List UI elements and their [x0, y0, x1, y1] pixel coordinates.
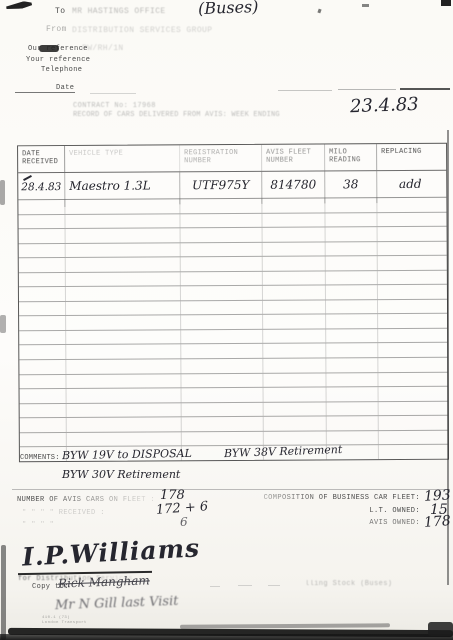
table-empty-cell: [377, 198, 443, 212]
table-empty-cell: [19, 273, 66, 287]
table-empty-cell: [20, 418, 67, 432]
table-empty-cell: [263, 286, 326, 300]
business-car-fleet-label: COMPOSITION OF BUSINESS CAR FLEET:: [220, 494, 420, 502]
table-empty-cell: [263, 373, 326, 387]
table-empty-cell: [264, 402, 327, 416]
to-typed-value: MR HASTINGS OFFICE: [72, 7, 166, 16]
table-empty-cell: [378, 358, 444, 372]
column-header: REGISTRATION NUMBER: [180, 145, 262, 172]
table-empty-cell: [65, 199, 180, 213]
table-empty-cell: [65, 214, 180, 228]
table-empty-cell: [263, 228, 326, 242]
copy-to-handwritten-crossed: Rick Mangham: [58, 573, 150, 590]
table-empty-cell: [378, 329, 444, 343]
table-empty-cell: [20, 389, 67, 403]
table-empty-cell: [181, 286, 263, 300]
to-handwritten-buses: (Buses): [198, 0, 259, 18]
table-empty-cell: [326, 329, 378, 343]
faint-dash: [268, 585, 280, 586]
table-empty-cell: [66, 359, 181, 373]
table-empty-cell: [66, 301, 181, 315]
table-empty-cell: [67, 418, 182, 432]
table-empty-cell: [19, 360, 66, 374]
table-empty-cell: [19, 244, 66, 258]
table-empty-cell: [378, 270, 444, 284]
table-empty-cell: [263, 257, 326, 271]
vehicle-record-table: DATE RECEIVEDVEHICLE TYPEREGISTRATION NU…: [17, 143, 449, 462]
form-small-print-2: London Transport: [42, 621, 87, 625]
table-empty-cell: [326, 271, 378, 285]
table-empty-cell: [377, 212, 443, 226]
table-empty-cell: [182, 432, 264, 446]
table-empty-cell: [19, 345, 66, 359]
scan-speck-1: [317, 9, 321, 14]
table-empty-cell: [182, 388, 264, 402]
table-empty-cell: [181, 242, 263, 256]
table-empty-cell: [263, 271, 326, 285]
column-header: DATE RECEIVED: [18, 146, 65, 172]
reference-ink-blob: [39, 45, 59, 52]
comment-entry-1: BYW 19V to DISPOSAL: [62, 447, 192, 462]
table-empty-cell: [67, 432, 182, 446]
avis-cars-total-label-1: NUMBER OF AVIS CARS ON FLEET :: [17, 496, 155, 504]
column-header: VEHICLE TYPE: [65, 145, 180, 172]
table-empty-cell: [326, 314, 378, 328]
record-of-cars-line: RECORD OF CARS DELIVERED FROM AVIS: WEEK…: [73, 111, 280, 119]
table-empty-cell: [263, 344, 326, 358]
avis-cars-total-value-3: 6: [180, 515, 188, 529]
column-header: AVIS FLEET NUMBER: [262, 144, 325, 170]
table-empty-cell: [378, 300, 444, 314]
rule-segment: [90, 93, 136, 94]
table-empty-cell: [378, 343, 444, 357]
table-empty-cell: [326, 300, 378, 314]
table-empty-cell: [180, 199, 262, 213]
avis-owned-label: AVIS OWNED:: [220, 519, 420, 527]
signature-handwritten: I.P.Williams: [21, 533, 200, 571]
comments-bottom-rule: [12, 489, 450, 490]
column-header: REPLACING: [377, 144, 443, 170]
table-empty-cell: [378, 227, 444, 241]
table-empty-cell: [326, 358, 378, 372]
avis-owned-value: 178: [423, 513, 451, 531]
table-empty-cell: [326, 227, 378, 241]
table-empty-cell: [66, 374, 181, 388]
telephone-label: Telephone: [41, 66, 82, 74]
table-empty-cell: [378, 372, 444, 386]
table-empty-cell: [264, 417, 327, 431]
table-empty-cell: [181, 330, 263, 344]
table-empty-cell: [66, 243, 181, 257]
avis-cars-total-label-3: " " " ": [22, 521, 54, 529]
scan-smudge-left-3: [1, 545, 6, 640]
table-row: 28.4.83Maestro 1.3LUTF975Y81478038add: [18, 171, 446, 201]
to-label: To: [55, 7, 65, 16]
table-empty-cell: [19, 316, 66, 330]
table-empty-cell: [66, 258, 181, 272]
rule-segment: [400, 88, 450, 90]
table-empty-cell: [327, 402, 379, 416]
table-empty-cell: [326, 242, 378, 256]
avis-cars-total-label-2: " " " " RECEIVED :: [22, 509, 105, 517]
table-empty-cell: [326, 344, 378, 358]
handwritten-note: Mr N Gill last Visit: [55, 594, 179, 613]
table-empty-cell: [181, 257, 263, 271]
table-empty-cell: [181, 315, 263, 329]
table-empty-cell: [378, 241, 444, 255]
table-empty-cell: [18, 200, 65, 214]
table-empty-cell: [182, 417, 264, 431]
scan-smudge-left-1: [0, 180, 5, 205]
table-empty-cell: [66, 330, 181, 344]
table-empty-cell: [20, 404, 67, 418]
table-empty-cell: [181, 228, 263, 242]
table-empty-cell: [18, 215, 65, 229]
table-empty-cell: [181, 272, 263, 286]
table-empty-cell: [181, 359, 263, 373]
table-empty-cell: [378, 285, 444, 299]
table-empty-cell: [182, 402, 264, 416]
faint-dash: [238, 585, 252, 586]
table-empty-cell: [180, 213, 262, 227]
form-small-print-1: 410-1 (73): [42, 616, 70, 620]
comment-entry-3: BYW 30V Retirement: [62, 468, 180, 481]
copy-to-typed-fragment: lling Stock (Buses): [305, 580, 392, 588]
table-header-row: DATE RECEIVEDVEHICLE TYPEREGISTRATION NU…: [18, 144, 446, 174]
table-empty-cell: [379, 416, 445, 430]
table-empty-cell: [379, 387, 445, 401]
table-empty-cell: [325, 213, 377, 227]
table-empty-cell: [19, 229, 66, 243]
comments-label: COMMENTS:: [20, 454, 60, 462]
table-empty-cell: [19, 375, 66, 389]
table-empty-cell: [263, 358, 326, 372]
our-reference-value: PW/RH/1N: [82, 44, 124, 53]
scan-smudge-top-left: [6, 0, 33, 11]
table-empty-cell: [379, 401, 445, 415]
table-empty-cell: [325, 198, 377, 212]
table-empty-cell: [264, 388, 327, 402]
table-empty-cell: [19, 331, 66, 345]
table-empty-cell: [378, 314, 444, 328]
table-empty-cell: [378, 256, 444, 270]
table-empty-cell: [181, 373, 263, 387]
table-empty-cell: [327, 387, 379, 401]
table-empty-cell: [20, 433, 67, 447]
week-ending-date-handwritten: 23.4.83: [350, 94, 419, 117]
table-body: 28.4.83Maestro 1.3LUTF975Y81478038add: [18, 171, 448, 461]
scan-blob-bottom-right: [428, 622, 453, 636]
table-empty-cell: [327, 416, 379, 430]
table-empty-cell: [66, 345, 181, 359]
rule-segment: [15, 92, 75, 93]
from-typed-value: DISTRIBUTION SERVICES GROUP: [72, 26, 212, 35]
table-empty-cell: [379, 445, 445, 459]
table-empty-cell: [66, 316, 181, 330]
contract-number-line: CONTRACT No: 17968: [73, 102, 156, 110]
table-empty-cell: [263, 242, 326, 256]
table-empty-cell: [326, 373, 378, 387]
table-empty-cell: [66, 272, 181, 286]
table-empty-cell: [19, 258, 66, 272]
scan-speck-2: [362, 4, 369, 7]
table-empty-cell: [263, 300, 326, 314]
table-empty-cell: [67, 388, 182, 402]
table-empty-cell: [19, 302, 66, 316]
column-header: MILO READING: [325, 144, 377, 170]
table-empty-cell: [66, 228, 181, 242]
date-label: Date: [56, 84, 74, 92]
table-empty-cell: [263, 329, 326, 343]
lt-owned-label: L.T. OWNED:: [220, 507, 420, 515]
table-empty-cell: [263, 315, 326, 329]
table-empty-cell: [326, 256, 378, 270]
table-empty-cell: [67, 403, 182, 417]
table-empty-cell: [66, 287, 181, 301]
table-empty-cell: [262, 198, 325, 212]
from-label: From: [46, 25, 67, 34]
table-empty-cell: [181, 301, 263, 315]
faint-dash: [210, 586, 220, 587]
scan-band-bottom-edge: [0, 634, 453, 640]
table-empty-cell: [181, 344, 263, 358]
table-empty-cell: [19, 287, 66, 301]
your-reference-label: Your reference: [26, 56, 90, 64]
rule-segment: [278, 90, 332, 91]
scan-smudge-left-2: [0, 315, 6, 333]
rule-segment: [338, 89, 396, 90]
table-empty-cell: [262, 213, 325, 227]
scanned-memo-page: To MR HASTINGS OFFICE (Buses) From DISTR…: [0, 0, 453, 640]
table-empty-cell: [326, 285, 378, 299]
scan-smudge-top-right: [441, 0, 451, 6]
table-empty-cell: [379, 430, 445, 444]
